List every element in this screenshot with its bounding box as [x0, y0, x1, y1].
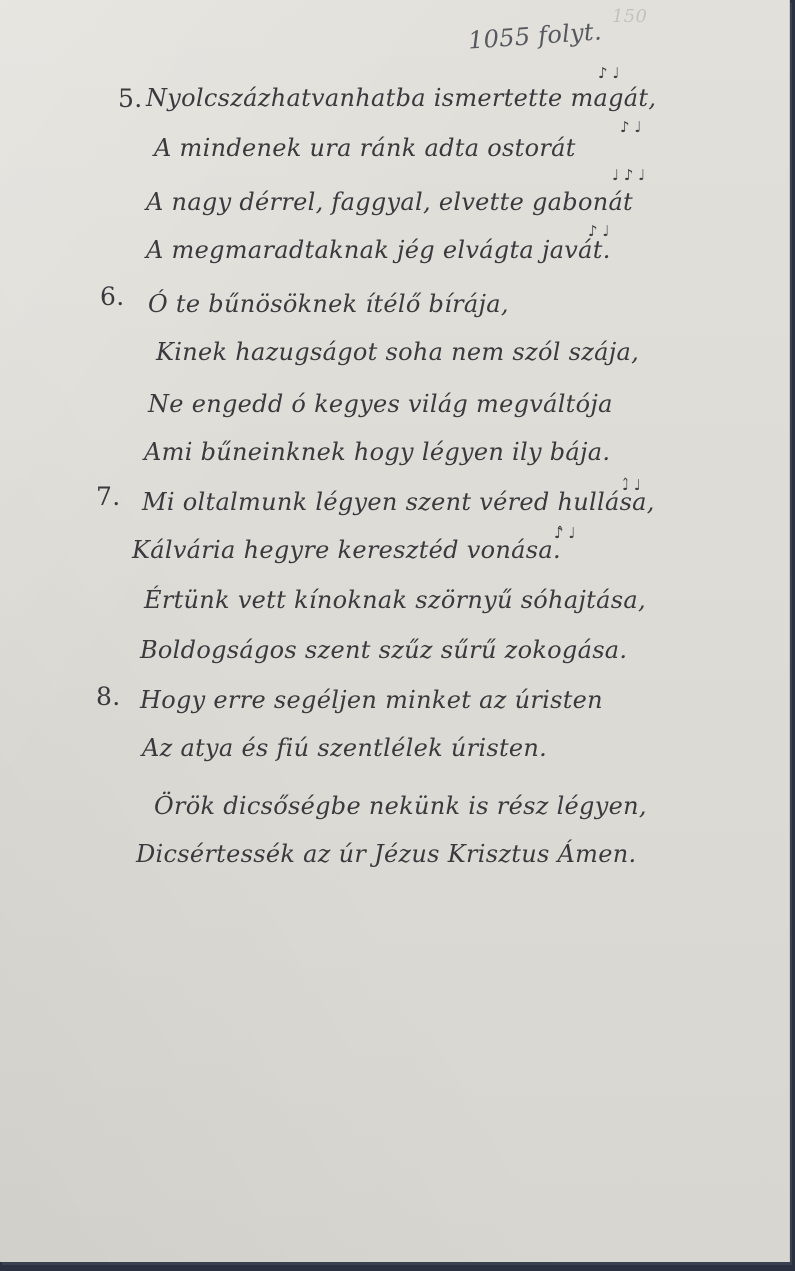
manuscript-page: 150 1055 folyt. 5. Nyolcszázhatvanhatba … — [0, 0, 790, 1262]
verse-line: Örök dicsőségbe nekünk is rész légyen, — [154, 792, 647, 820]
verse-line: Nyolcszázhatvanhatba ismertette magát, — [146, 84, 656, 112]
verse-line: Ó te bűnösöknek ítélő bírája, — [148, 290, 509, 318]
stanza-number: 6. — [100, 282, 124, 311]
verse-line: Ami bűneinknek hogy légyen ily bája. — [144, 438, 610, 466]
music-note-icon: ♪ ♩ — [620, 118, 641, 136]
music-note-icon: ♪̂ ♩ — [554, 524, 575, 542]
verse-line: Hogy erre segéljen minket az úristen — [140, 686, 603, 714]
verse-line: A megmaradtaknak jég elvágta javát. — [146, 236, 611, 264]
archive-note: 1055 folyt. — [467, 17, 602, 54]
music-note-icon: ♪ ♩ — [588, 222, 609, 240]
verse-line: Kálvária hegyre keresztéd vonása. — [132, 536, 561, 564]
verse-line: Boldogságos szent szűz sűrű zokogása. — [140, 636, 627, 664]
verse-line: Kinek hazugságot soha nem szól szája, — [156, 338, 639, 366]
stanza-number: 7. — [96, 482, 120, 511]
verse-line: Mi oltalmunk légyen szent véred hullása, — [142, 488, 655, 516]
music-note-icon: ♩̂ ♩ — [622, 476, 641, 494]
verse-line: A nagy dérrel, faggyal, elvette gabonát — [146, 188, 633, 216]
archive-number-faint: 150 — [612, 6, 647, 27]
verse-line: Ne engedd ó kegyes világ megváltója — [148, 390, 613, 418]
verse-line: A mindenek ura ránk adta ostorát — [154, 134, 576, 162]
verse-line: Értünk vett kínoknak szörnyű sóhajtása, — [144, 586, 646, 614]
music-note-icon: ♪ ♩ — [598, 64, 619, 82]
verse-line: Dicsértessék az úr Jézus Krisztus Ámen. — [136, 840, 636, 868]
stanza-number: 8. — [96, 682, 120, 711]
music-note-icon: ♩ ♪ ♩ — [612, 166, 645, 184]
verse-line: Az atya és fiú szentlélek úristen. — [142, 734, 547, 762]
stanza-number: 5. — [118, 84, 142, 113]
